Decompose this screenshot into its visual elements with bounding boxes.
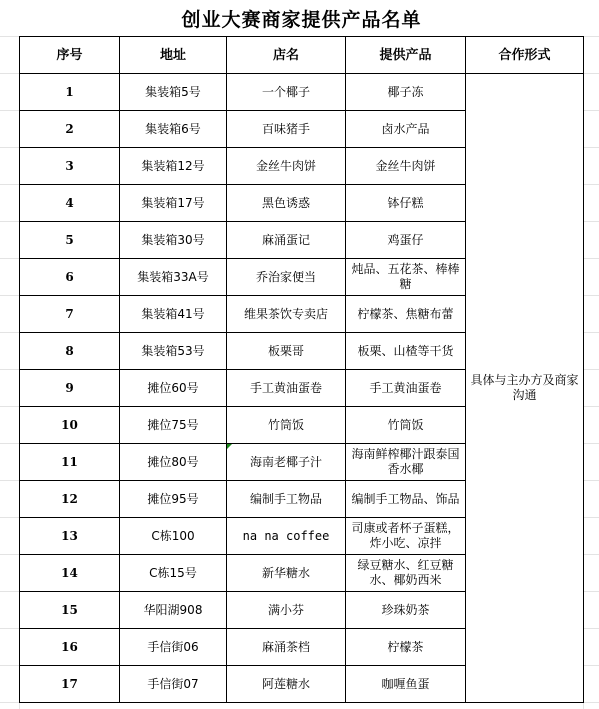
- header-row: 序号 地址 店名 提供产品 合作形式: [20, 37, 584, 74]
- cell-address[interactable]: 集装箱33A号: [120, 259, 227, 296]
- table-row: 1 集装箱5号 一个椰子 椰子冻 具体与主办方及商家沟通: [20, 74, 584, 111]
- merchant-table: 序号 地址 店名 提供产品 合作形式 1 集装箱5号 一个椰子 椰子冻 具体与主…: [19, 36, 584, 703]
- sheet-title[interactable]: 创业大赛商家提供产品名单: [19, 0, 584, 36]
- cell-address[interactable]: C栋100: [120, 518, 227, 555]
- cell-shop[interactable]: 板栗哥: [227, 333, 346, 370]
- cell-product[interactable]: 金丝牛肉饼: [346, 148, 466, 185]
- cell-product[interactable]: 竹筒饭: [346, 407, 466, 444]
- cell-address[interactable]: 集装箱6号: [120, 111, 227, 148]
- cell-product[interactable]: 咖喱鱼蛋: [346, 666, 466, 703]
- cell-seq[interactable]: 2: [20, 111, 120, 148]
- cell-seq[interactable]: 5: [20, 222, 120, 259]
- cell-address[interactable]: 集装箱53号: [120, 333, 227, 370]
- cell-address[interactable]: 摊位95号: [120, 481, 227, 518]
- cell-product[interactable]: 绿豆糖水、红豆糖水、椰奶西米: [346, 555, 466, 592]
- cell-address[interactable]: 华阳湖908: [120, 592, 227, 629]
- cell-address[interactable]: 集装箱5号: [120, 74, 227, 111]
- cell-seq[interactable]: 10: [20, 407, 120, 444]
- cell-seq[interactable]: 13: [20, 518, 120, 555]
- cell-seq[interactable]: 4: [20, 185, 120, 222]
- cell-shop[interactable]: na na coffee: [227, 518, 346, 555]
- cell-shop[interactable]: 麻涌蛋记: [227, 222, 346, 259]
- header-seq[interactable]: 序号: [20, 37, 120, 74]
- cell-seq[interactable]: 16: [20, 629, 120, 666]
- cell-seq[interactable]: 11: [20, 444, 120, 481]
- header-product[interactable]: 提供产品: [346, 37, 466, 74]
- cell-product[interactable]: 编制手工物品、饰品: [346, 481, 466, 518]
- cell-address[interactable]: 摊位60号: [120, 370, 227, 407]
- cell-product[interactable]: 柠檬茶、焦糖布蕾: [346, 296, 466, 333]
- cell-shop[interactable]: 黑色诱惑: [227, 185, 346, 222]
- header-address[interactable]: 地址: [120, 37, 227, 74]
- cell-shop[interactable]: 编制手工物品: [227, 481, 346, 518]
- cell-product[interactable]: 司康或者杯子蛋糕，炸小吃、凉拌: [346, 518, 466, 555]
- cell-shop[interactable]: 维果茶饮专卖店: [227, 296, 346, 333]
- cell-product[interactable]: 鸡蛋仔: [346, 222, 466, 259]
- cell-shop[interactable]: 一个椰子: [227, 74, 346, 111]
- cell-address[interactable]: 集装箱30号: [120, 222, 227, 259]
- cell-seq[interactable]: 9: [20, 370, 120, 407]
- cell-product[interactable]: 手工黄油蛋卷: [346, 370, 466, 407]
- header-shop[interactable]: 店名: [227, 37, 346, 74]
- cell-address[interactable]: 手信街07: [120, 666, 227, 703]
- cell-product[interactable]: 珍珠奶茶: [346, 592, 466, 629]
- cell-shop[interactable]: 金丝牛肉饼: [227, 148, 346, 185]
- cell-address[interactable]: 集装箱41号: [120, 296, 227, 333]
- cell-shop[interactable]: 乔治家便当: [227, 259, 346, 296]
- cell-shop[interactable]: 满小芬: [227, 592, 346, 629]
- cell-cooperation-merged[interactable]: 具体与主办方及商家沟通: [466, 74, 584, 703]
- cell-product[interactable]: 炖品、五花茶、棒棒糖: [346, 259, 466, 296]
- cell-shop[interactable]: 百味猪手: [227, 111, 346, 148]
- cell-product[interactable]: 钵仔糕: [346, 185, 466, 222]
- cell-seq[interactable]: 7: [20, 296, 120, 333]
- cell-shop[interactable]: 阿莲糖水: [227, 666, 346, 703]
- cell-seq[interactable]: 15: [20, 592, 120, 629]
- cell-shop[interactable]: 新华糖水: [227, 555, 346, 592]
- cell-seq[interactable]: 12: [20, 481, 120, 518]
- cell-address[interactable]: 摊位80号: [120, 444, 227, 481]
- cell-product[interactable]: 卤水产品: [346, 111, 466, 148]
- cell-address[interactable]: 摊位75号: [120, 407, 227, 444]
- cell-product[interactable]: 海南鲜榨椰汁跟泰国香水椰: [346, 444, 466, 481]
- cell-product[interactable]: 板栗、山楂等干货: [346, 333, 466, 370]
- cell-address[interactable]: 手信街06: [120, 629, 227, 666]
- cell-address[interactable]: 集装箱17号: [120, 185, 227, 222]
- cell-shop[interactable]: 麻涌茶档: [227, 629, 346, 666]
- cell-shop[interactable]: 竹筒饭: [227, 407, 346, 444]
- cell-seq[interactable]: 3: [20, 148, 120, 185]
- cell-product[interactable]: 柠檬茶: [346, 629, 466, 666]
- cell-seq[interactable]: 17: [20, 666, 120, 703]
- cell-seq[interactable]: 6: [20, 259, 120, 296]
- cell-shop[interactable]: 海南老椰子汁: [227, 444, 346, 481]
- header-cooperation[interactable]: 合作形式: [466, 37, 584, 74]
- cell-comment-indicator-icon[interactable]: [227, 444, 232, 449]
- cell-seq[interactable]: 14: [20, 555, 120, 592]
- cell-seq[interactable]: 8: [20, 333, 120, 370]
- cell-address[interactable]: 集装箱12号: [120, 148, 227, 185]
- cell-address[interactable]: C栋15号: [120, 555, 227, 592]
- cell-seq[interactable]: 1: [20, 74, 120, 111]
- cell-shop[interactable]: 手工黄油蛋卷: [227, 370, 346, 407]
- cell-product[interactable]: 椰子冻: [346, 74, 466, 111]
